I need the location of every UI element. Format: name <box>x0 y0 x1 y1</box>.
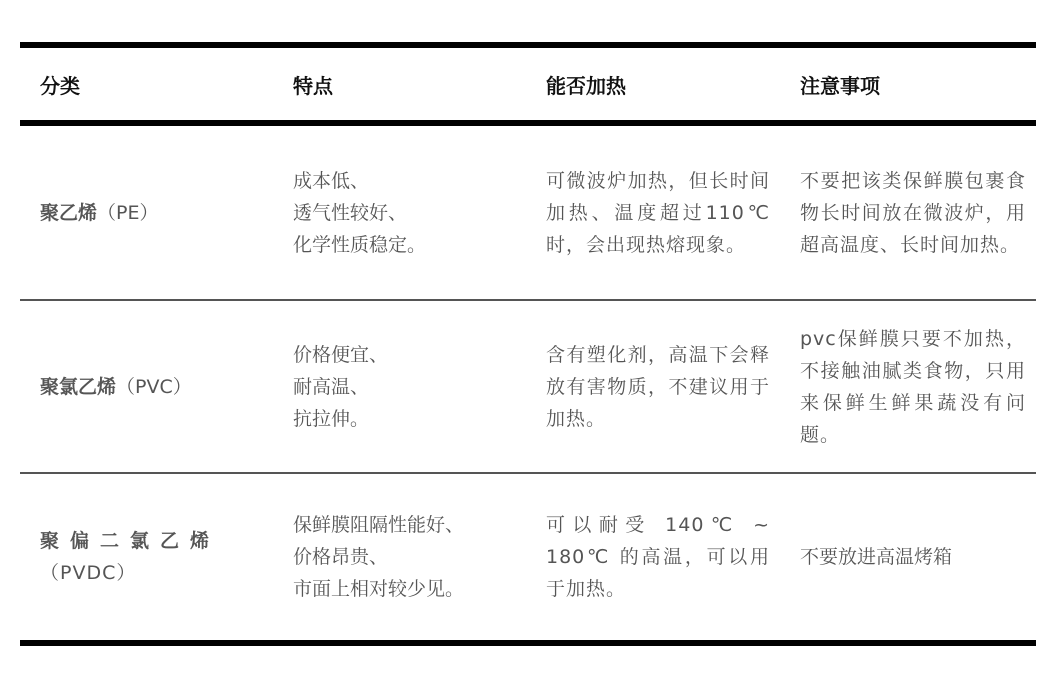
feature-line: 价格昂贵、 <box>293 541 516 573</box>
heating-cell: 可微波炉加热，但长时间加热、温度超过110℃时，会出现热熔现象。 <box>526 123 780 300</box>
features-cell: 价格便宜、 耐高温、 抗拉伸。 <box>273 300 526 473</box>
comparison-table: 分类 特点 能否加热 注意事项 聚乙烯（PE） 成本低、 透气性较好、 化学性质… <box>20 42 1036 646</box>
category-abbr: （PE） <box>97 202 158 224</box>
feature-line: 价格便宜、 <box>293 339 516 371</box>
plastic-wrap-comparison-table: 分类 特点 能否加热 注意事项 聚乙烯（PE） 成本低、 透气性较好、 化学性质… <box>20 42 1036 646</box>
feature-line: 保鲜膜阻隔性能好、 <box>293 509 516 541</box>
features-cell: 成本低、 透气性较好、 化学性质稳定。 <box>273 123 526 300</box>
table-body: 聚乙烯（PE） 成本低、 透气性较好、 化学性质稳定。 可微波炉加热，但长时间加… <box>20 123 1036 643</box>
feature-line: 成本低、 <box>293 165 516 197</box>
feature-line: 抗拉伸。 <box>293 403 516 435</box>
table-header: 分类 特点 能否加热 注意事项 <box>20 45 1036 123</box>
category-cell: 聚氯乙烯（PVC） <box>20 300 273 473</box>
feature-line: 市面上相对较少见。 <box>293 573 516 605</box>
features-cell: 保鲜膜阻隔性能好、 价格昂贵、 市面上相对较少见。 <box>273 473 526 643</box>
heating-cell: 含有塑化剂，高温下会释放有害物质，不建议用于加热。 <box>526 300 780 473</box>
table-row-pe: 聚乙烯（PE） 成本低、 透气性较好、 化学性质稳定。 可微波炉加热，但长时间加… <box>20 123 1036 300</box>
table-row-pvdc: 聚偏二氯乙烯（PVDC） 保鲜膜阻隔性能好、 价格昂贵、 市面上相对较少见。 可… <box>20 473 1036 643</box>
category-cell: 聚乙烯（PE） <box>20 123 273 300</box>
header-heating: 能否加热 <box>526 45 780 123</box>
header-features: 特点 <box>273 45 526 123</box>
header-category: 分类 <box>20 45 273 123</box>
feature-line: 透气性较好、 <box>293 197 516 229</box>
notes-cell: pvc保鲜膜只要不加热，不接触油腻类食物，只用来保鲜生鲜果蔬没有问题。 <box>780 300 1036 473</box>
notes-cell: 不要把该类保鲜膜包裹食物长时间放在微波炉，用超高温度、长时间加热。 <box>780 123 1036 300</box>
header-notes: 注意事项 <box>780 45 1036 123</box>
category-abbr: （PVDC） <box>40 562 136 584</box>
header-row: 分类 特点 能否加热 注意事项 <box>20 45 1036 123</box>
category-abbr: （PVC） <box>116 376 192 398</box>
feature-line: 化学性质稳定。 <box>293 229 516 261</box>
category-name: 聚偏二氯乙烯 <box>40 530 220 552</box>
category-name: 聚乙烯 <box>40 202 97 224</box>
feature-line: 耐高温、 <box>293 371 516 403</box>
heating-cell: 可以耐受 140℃ ~ 180℃ 的高温，可以用于加热。 <box>526 473 780 643</box>
table-row-pvc: 聚氯乙烯（PVC） 价格便宜、 耐高温、 抗拉伸。 含有塑化剂，高温下会释放有害… <box>20 300 1036 473</box>
category-name: 聚氯乙烯 <box>40 376 116 398</box>
category-cell: 聚偏二氯乙烯（PVDC） <box>20 473 273 643</box>
notes-cell: 不要放进高温烤箱 <box>780 473 1036 643</box>
